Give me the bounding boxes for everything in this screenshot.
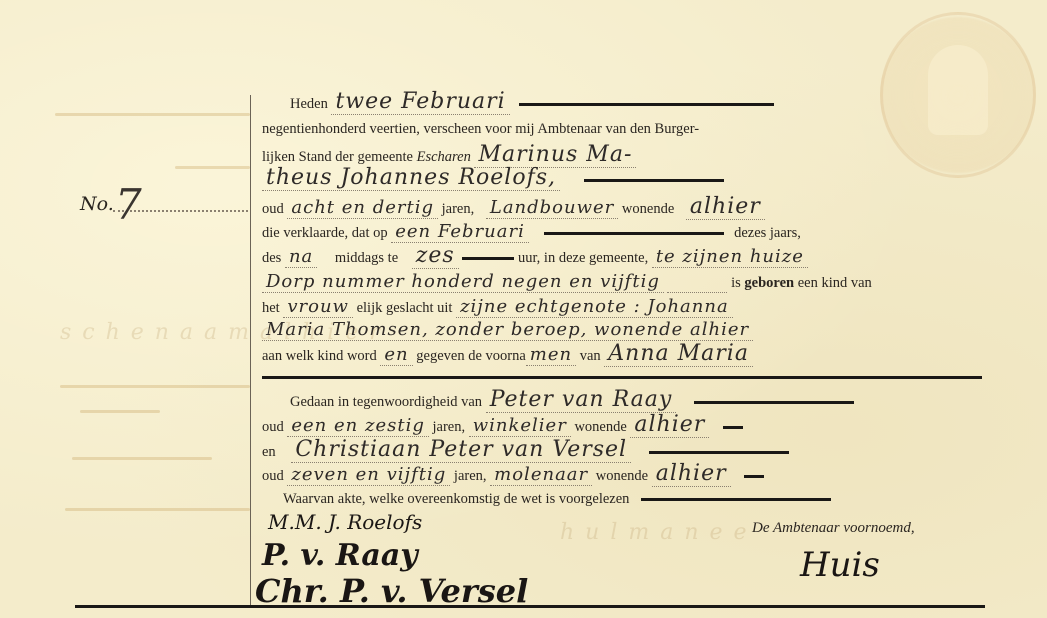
printed-text: van xyxy=(580,348,601,364)
handwritten-birth-date: een Februari xyxy=(391,221,529,243)
handwritten-witness-1-occupation: winkelier xyxy=(469,415,571,437)
printed-text: lijken Stand der gemeente xyxy=(262,149,413,165)
handwritten-witness-2: Christiaan Peter van Versel xyxy=(291,437,631,463)
handwritten-location: te zijnen huize xyxy=(652,246,808,268)
printed-text: wonende xyxy=(574,419,626,435)
fill-line xyxy=(649,451,789,454)
printed-text: wonende xyxy=(596,468,648,484)
dotted-fill xyxy=(667,292,727,293)
handwritten-witness-1: Peter van Raay xyxy=(486,387,677,413)
signature-witness-1: P. v. Raay xyxy=(262,538,418,573)
fill-line xyxy=(584,179,724,182)
birth-record-page: s c h e n a a m a l h i e r h u l m a n … xyxy=(0,0,1047,618)
printed-text: oud xyxy=(262,419,284,435)
printed-text: uur, in deze gemeente, xyxy=(518,250,648,266)
line-witness-1-age: oud een en zestig jaren, winkelier wonen… xyxy=(262,415,743,437)
handwritten-witness-1-residence: alhier xyxy=(630,412,709,438)
handwritten-hour: zes xyxy=(412,243,459,269)
bleed-through-text: h u l m a n e e xyxy=(560,520,749,545)
handwritten-mother-1: zijne echtgenote : Johanna xyxy=(456,296,733,318)
fill-line xyxy=(462,257,514,260)
printed-text: een kind van xyxy=(798,275,872,291)
line-address: Dorp nummer honderd negen en vijftig is … xyxy=(262,272,872,293)
printed-text: Gedaan in tegenwoordigheid van xyxy=(290,394,482,410)
printed-text: gegeven de voorna xyxy=(416,348,526,364)
line-2: negentienhonderd veertien, verscheen voo… xyxy=(262,119,699,139)
bleed-through-line xyxy=(65,508,250,511)
bleed-through-line xyxy=(175,166,250,169)
line-time: des na middags te zes uur, in deze gemee… xyxy=(262,246,808,268)
entry-number-label: No. xyxy=(80,193,114,215)
printed-text-bold: geboren xyxy=(744,275,794,291)
signature-father: M.M. J. Roelofs xyxy=(268,510,422,534)
line-declared: die verklaarde, dat op een Februari deze… xyxy=(262,222,801,243)
fill-line xyxy=(641,498,831,501)
embossed-seal xyxy=(880,12,1036,178)
line-heden: Heden twee Februari xyxy=(290,92,774,114)
fill-line xyxy=(544,232,724,235)
printed-text: die verklaarde, dat op xyxy=(262,225,388,241)
handwritten-date: twee Februari xyxy=(331,89,509,115)
seal-crown-emblem xyxy=(928,45,988,135)
line-closing: Waarvan akte, welke overeenkomstig de we… xyxy=(283,489,831,509)
printed-text: wonende xyxy=(622,201,674,217)
municipality-name: Escharen xyxy=(417,149,471,165)
handwritten-child-name: Anna Maria xyxy=(604,341,753,367)
handwritten-witness-2-residence: alhier xyxy=(652,461,731,487)
printed-text: Heden xyxy=(290,96,328,112)
printed-text: aan welk kind word xyxy=(262,348,377,364)
bleed-through-line xyxy=(60,385,250,388)
handwritten-witness-2-occupation: molenaar xyxy=(490,464,592,486)
bottom-rule xyxy=(75,605,985,608)
line-mother: Maria Thomsen, zonder beroep, wonende al… xyxy=(262,320,753,341)
printed-text: middags te xyxy=(335,250,398,266)
handwritten-witness-2-age: zeven en vijftig xyxy=(287,464,450,486)
printed-text: jaren, xyxy=(442,201,475,217)
printed-text: des xyxy=(262,250,281,266)
handwritten-en: en xyxy=(380,344,412,366)
section-divider xyxy=(262,376,982,379)
printed-text: is xyxy=(731,275,741,291)
line-witness-2: en Christiaan Peter van Versel xyxy=(262,440,789,462)
handwritten-na: na xyxy=(285,246,317,268)
handwritten-witness-1-age: een en zestig xyxy=(287,415,428,437)
margin-rule xyxy=(250,95,251,605)
handwritten-father-residence: alhier xyxy=(686,194,765,220)
printed-text: jaren, xyxy=(432,419,465,435)
line-witness-2-age: oud zeven en vijftig jaren, molenaar won… xyxy=(262,464,764,486)
line-child-name: aan welk kind word en gegeven de voornam… xyxy=(262,344,753,366)
printed-text: Waarvan akte, welke overeenkomstig de we… xyxy=(283,491,629,507)
printed-text: en xyxy=(262,444,276,460)
bleed-through-line xyxy=(72,457,212,460)
signature-official: Huis xyxy=(800,545,880,585)
printed-text: oud xyxy=(262,201,284,217)
line-father-age: oud acht en dertig jaren, Landbouwer won… xyxy=(262,197,765,219)
fill-line xyxy=(723,426,743,429)
fill-line xyxy=(694,401,854,404)
printed-text: dezes jaars, xyxy=(734,225,801,241)
line-gender: het vrouw elijk geslacht uit zijne echtg… xyxy=(262,297,733,318)
line-4: theus Johannes Roelofs, xyxy=(262,168,724,190)
handwritten-father-age: acht en dertig xyxy=(287,197,438,219)
printed-text: jaren, xyxy=(454,468,487,484)
printed-text: het xyxy=(262,300,280,316)
printed-text: oud xyxy=(262,468,284,484)
handwritten-father-name-2: theus Johannes Roelofs, xyxy=(262,165,560,191)
line-witness-1: Gedaan in tegenwoordigheid van Peter van… xyxy=(290,390,854,412)
fill-line xyxy=(519,103,774,106)
handwritten-mother-2: Maria Thomsen, zonder beroep, wonende al… xyxy=(262,319,753,341)
bleed-through-line xyxy=(80,410,160,413)
official-title: De Ambtenaar voornoemd, xyxy=(752,520,915,537)
handwritten-address: Dorp nummer honderd negen en vijftig xyxy=(262,271,664,293)
printed-text: elijk geslacht uit xyxy=(357,300,453,316)
handwritten-men: men xyxy=(526,344,576,366)
handwritten-gender: vrouw xyxy=(283,296,353,318)
fill-line xyxy=(744,475,764,478)
bleed-through-line xyxy=(55,113,250,116)
line-3: lijken Stand der gemeente Escharen Marin… xyxy=(262,145,636,167)
entry-number-value: 7 xyxy=(115,180,142,229)
handwritten-father-occupation: Landbouwer xyxy=(486,197,618,219)
